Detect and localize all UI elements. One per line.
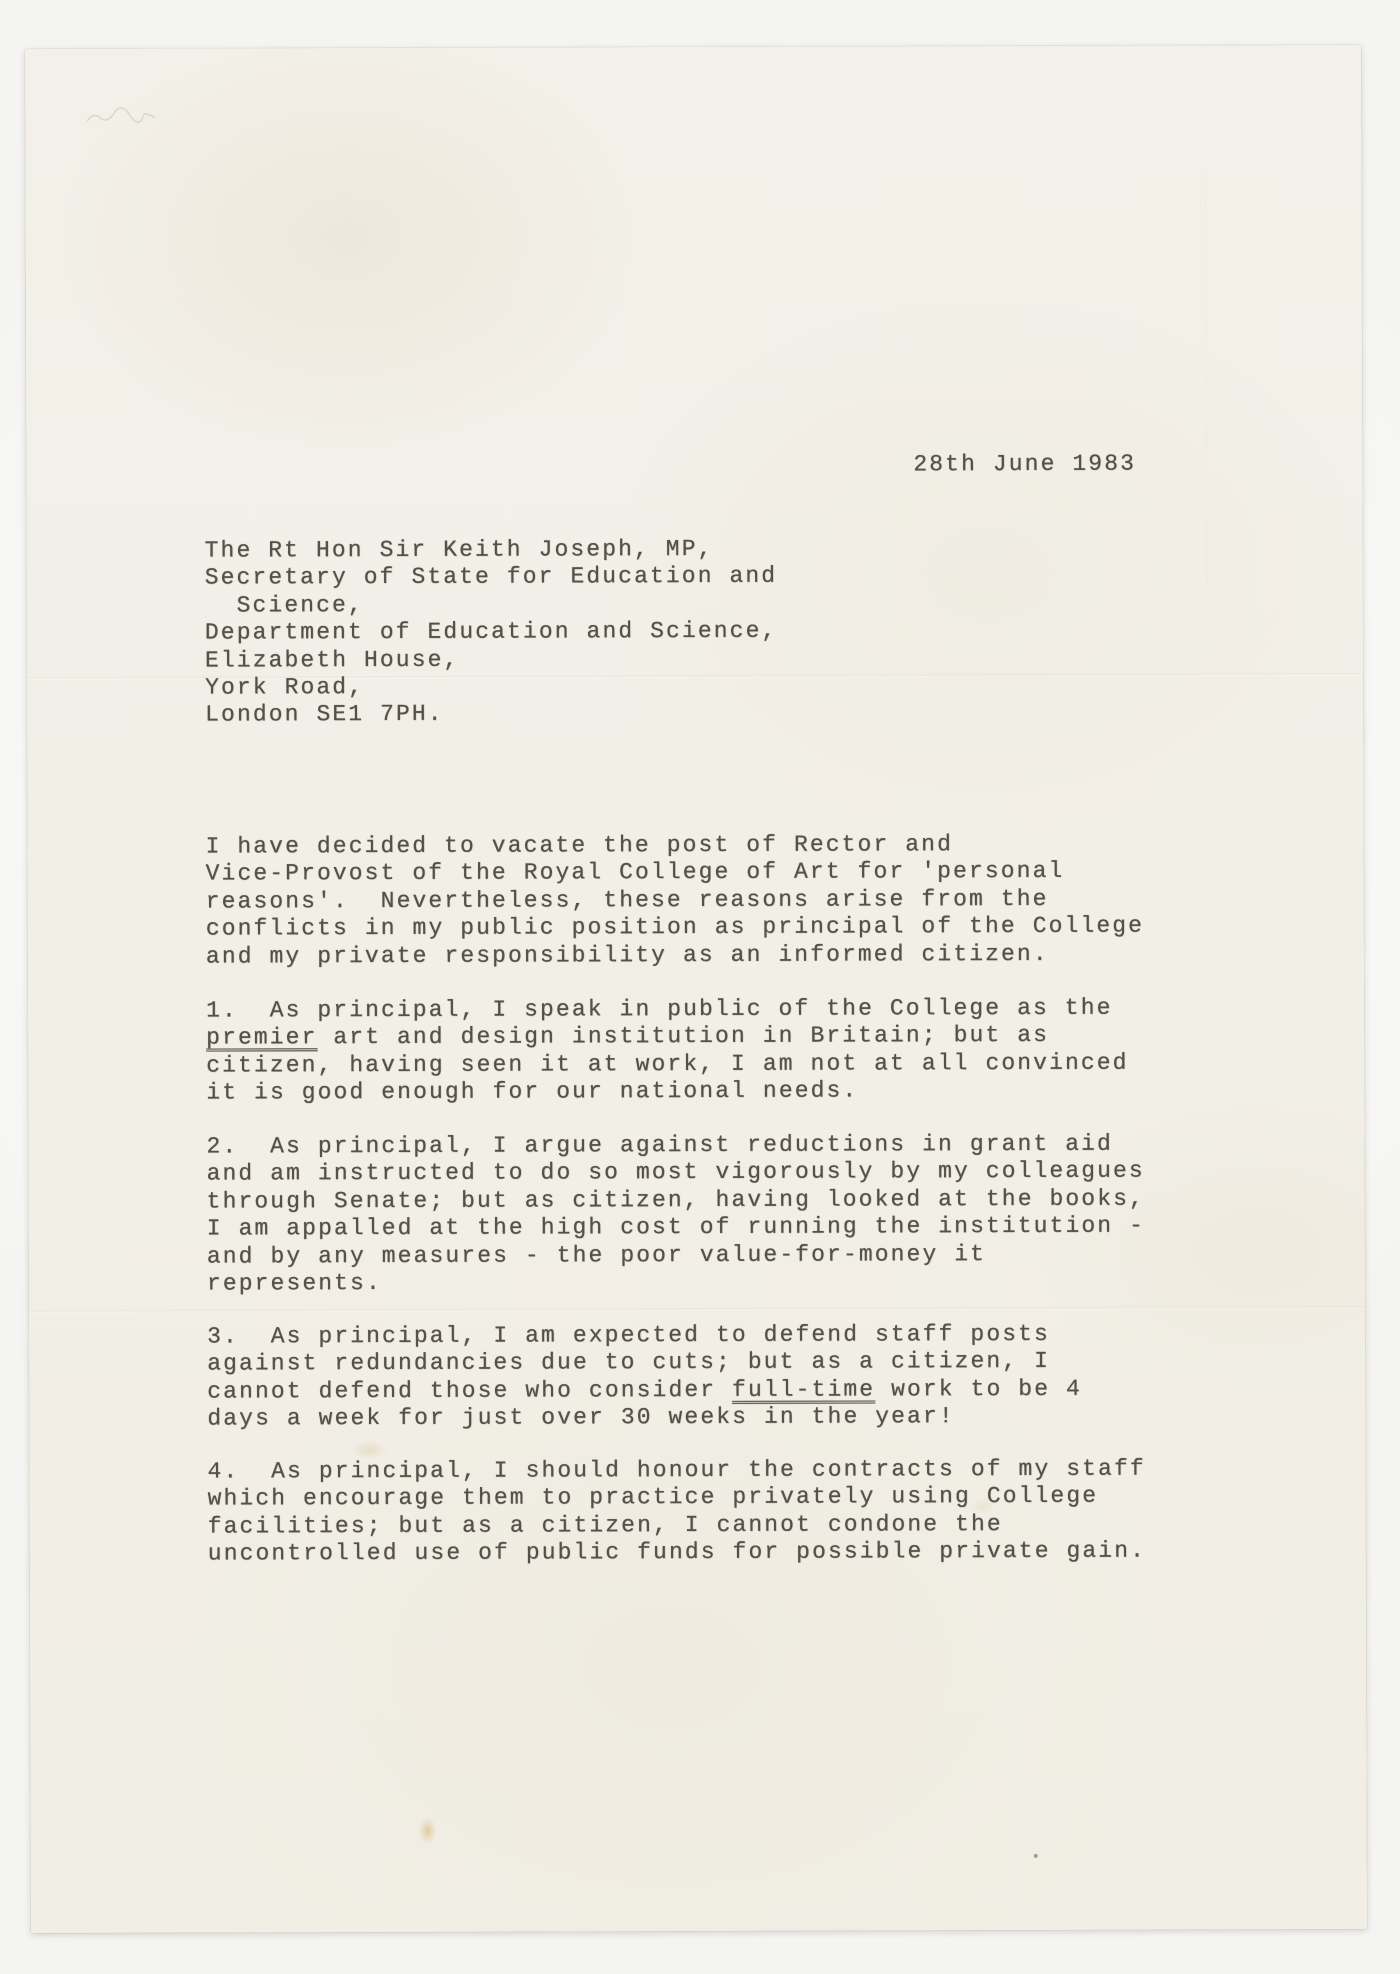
letter-page: 28th June 1983 The Rt Hon Sir Keith Jose… bbox=[25, 45, 1367, 1933]
underlined-word-full-time: full-time bbox=[732, 1376, 875, 1402]
underlined-word-premier: premier bbox=[206, 1025, 317, 1051]
paragraph-intro: I have decided to vacate the post of Rec… bbox=[206, 831, 1145, 971]
vertical-crease bbox=[1205, 165, 1208, 585]
paragraph-1-text: art and design institution in Britain; b… bbox=[206, 1022, 1128, 1105]
date-line: 28th June 1983 bbox=[913, 451, 1136, 479]
paper-speck bbox=[1034, 1854, 1038, 1858]
paragraph-1-text: 1. As principal, I speak in public of th… bbox=[206, 995, 1113, 1024]
recipient-address: The Rt Hon Sir Keith Joseph, MP, Secreta… bbox=[205, 536, 778, 730]
paper-stain bbox=[419, 1818, 437, 1844]
paragraph-2: 2. As principal, I argue against reducti… bbox=[206, 1131, 1145, 1298]
paragraph-4: 4. As principal, I should honour the con… bbox=[207, 1456, 1146, 1569]
pencil-mark bbox=[83, 105, 161, 132]
scan-background: 28th June 1983 The Rt Hon Sir Keith Jose… bbox=[0, 0, 1400, 1974]
paragraph-1: 1. As principal, I speak in public of th… bbox=[206, 995, 1129, 1108]
pencil-squiggle-icon bbox=[83, 105, 161, 127]
fold-crease-bottom bbox=[29, 1306, 1365, 1313]
paragraph-3: 3. As principal, I am expected to defend… bbox=[207, 1321, 1082, 1433]
